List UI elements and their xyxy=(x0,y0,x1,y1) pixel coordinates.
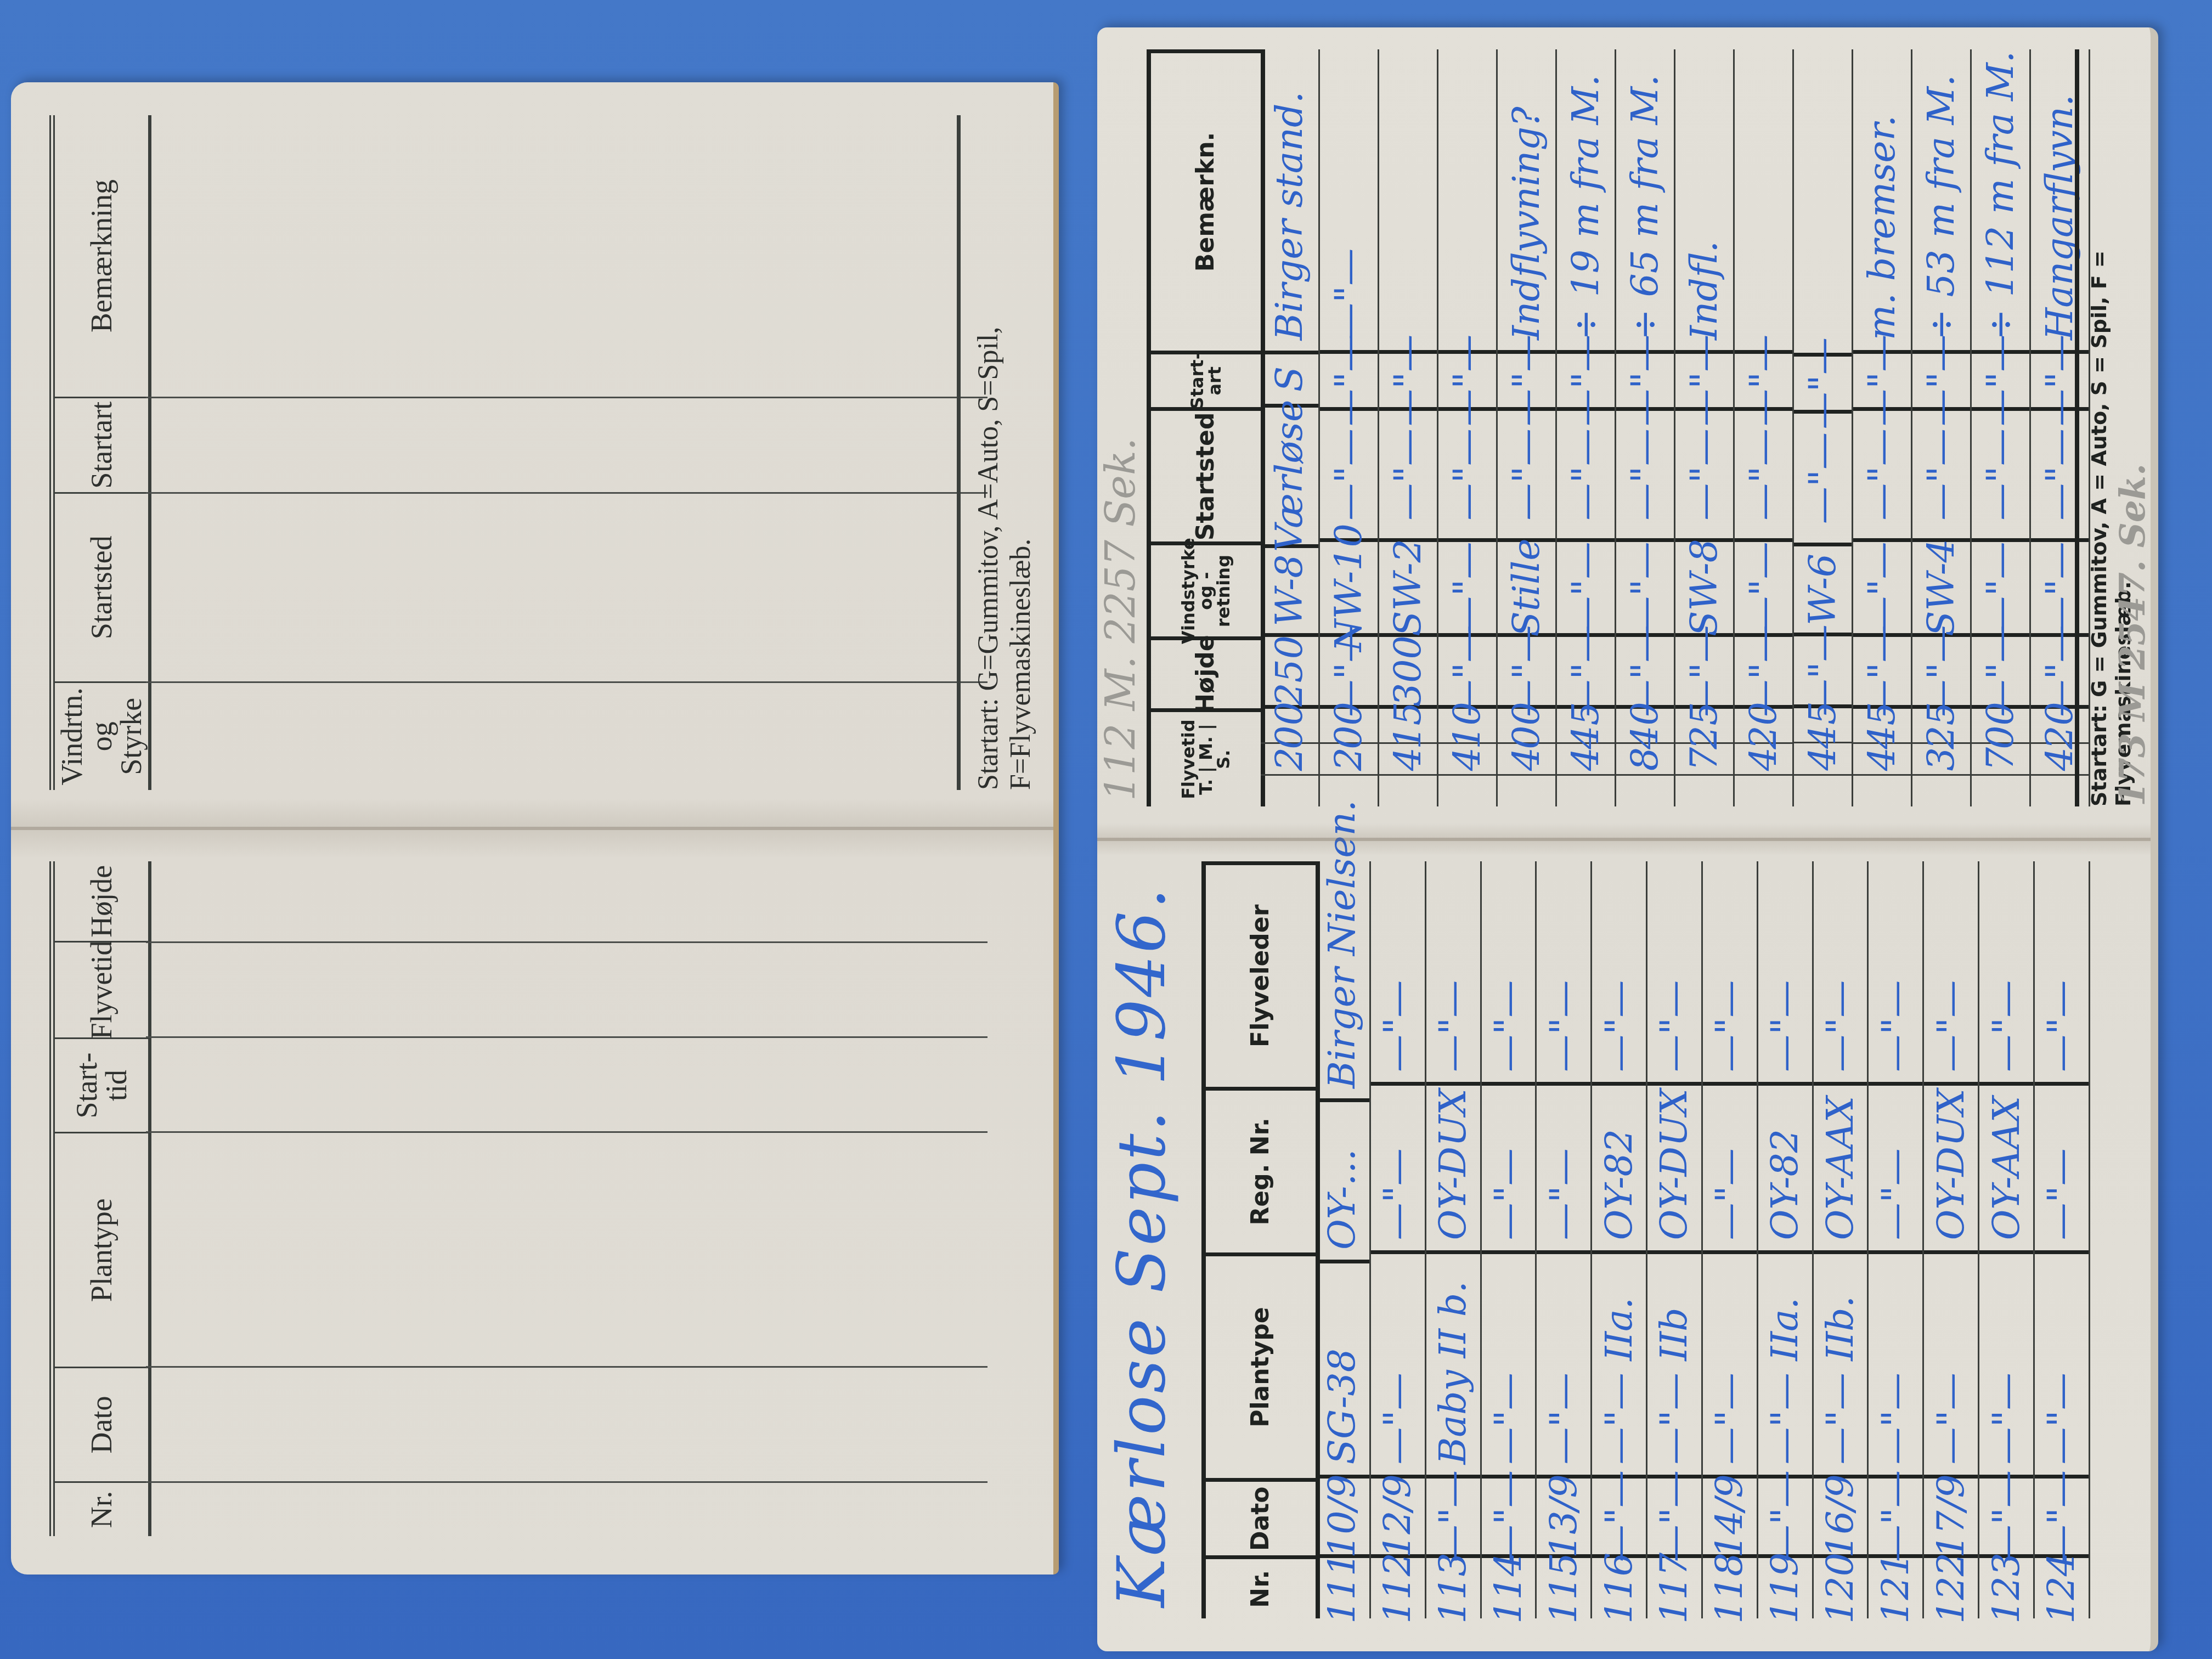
cell-flyveleder: Birger Nielsen. xyxy=(1316,861,1369,1098)
cell-plantype: —"— xyxy=(1924,1250,1978,1475)
column-hojde xyxy=(146,861,988,941)
cell-reg: OY-AAX xyxy=(1814,1082,1867,1250)
cell-plantype: —"— xyxy=(2035,1250,2089,1475)
table-row: 113—"—Baby II b.OY-DUX—"— xyxy=(1426,861,1482,1618)
header-flyvetid: Flyvetid xyxy=(55,941,148,1037)
cell-nr: 124 xyxy=(2035,1554,2089,1618)
cell-startsted: —"— xyxy=(2031,407,2089,539)
cell-bemaerkn: Birger stand. xyxy=(1261,49,1318,351)
cell-plantype: —"— xyxy=(1703,1250,1757,1475)
column-starttid xyxy=(146,1036,988,1131)
cell-t xyxy=(1320,774,1378,806)
cell-plantype: —"— xyxy=(1371,1250,1425,1475)
header-startart: Startart xyxy=(55,397,148,492)
cell-startart: —"— xyxy=(1438,350,1496,407)
table-row: 420—"——"——"——"—Hangarflyvn. xyxy=(2031,49,2090,806)
cell-startart: —"— xyxy=(1320,350,1378,407)
cell-bemaerkn xyxy=(1735,49,1792,350)
cell-t xyxy=(1261,774,1318,806)
flight-log-table-right: Flyvetid T. | M. | S. Højde Vindstyrke o… xyxy=(1147,49,2090,806)
header-plantype: Plantype xyxy=(1206,1252,1316,1478)
cell-nr: 117 xyxy=(1647,1554,1701,1618)
cell-bemaerkn: ÷ 112 m fra M. xyxy=(1972,49,2029,350)
cell-startart: —"— xyxy=(2031,350,2089,407)
cell-startsted: —"— xyxy=(1912,407,1970,539)
cell-t xyxy=(1675,774,1733,806)
left-logbook-spread: Nr. Dato Plantype Start- tid Flyvetid Hø… xyxy=(11,82,1059,1575)
cell-startart: —"— xyxy=(1794,353,1852,410)
startart-legend-text: Startart: G=Gummitov, A=Auto, S=Spil, F=… xyxy=(973,327,1036,790)
cell-vind: —"— xyxy=(1853,538,1911,633)
cell-hojde: —"— xyxy=(1794,633,1852,704)
cell-bemaerkn: Indflyvning? xyxy=(1498,49,1555,350)
upper-page-header: Vindrtn. og Styrke Startsted Startart Be… xyxy=(49,115,151,790)
cell-nr: 112 xyxy=(1371,1554,1425,1618)
column-dato xyxy=(146,1366,988,1481)
startart-legend: Startart: G = Gummitov, A = Auto, S = Sp… xyxy=(2087,49,2135,806)
cell-nr: 120 xyxy=(1814,1554,1867,1618)
cell-vind: Stille xyxy=(1498,538,1555,633)
cell-dato: 17/9 xyxy=(1924,1475,1978,1554)
cell-reg: OY-AAX xyxy=(1979,1082,2033,1250)
header-startsted: Startsted xyxy=(1151,408,1261,542)
cell-flyveleder: —"— xyxy=(2035,861,2089,1082)
table-row: 124—"——"——"——"— xyxy=(2035,861,2090,1618)
cell-startsted: —"— xyxy=(1320,407,1378,539)
cell-flyveleder: —"— xyxy=(1924,861,1978,1082)
table-row: 700—"——"——"——"—÷ 112 m fra M. xyxy=(1972,49,2031,806)
cell-flyveleder: —"— xyxy=(1537,861,1590,1082)
header-startart: Start- art xyxy=(1151,351,1261,408)
cell-t xyxy=(2031,774,2089,806)
cell-vind: —"— xyxy=(1438,538,1496,633)
cell-reg: OY-82 xyxy=(1758,1082,1812,1250)
cell-bemaerkn: —"— xyxy=(1320,49,1378,350)
log-rows-right: 200250W-8VærløseSBirger stand.200—"—NW-1… xyxy=(1261,49,2090,806)
cell-hojde: —"— xyxy=(1972,633,2029,705)
cell-plantype: Baby II b. xyxy=(1426,1250,1480,1475)
cell-dato: —"— xyxy=(2035,1475,2089,1554)
lower-page-header: Nr. Dato Plantype Start- tid Flyvetid Hø… xyxy=(49,861,151,1536)
flight-log-table-left: Nr. Dato Plantype Reg. Nr. Flyveleder 11… xyxy=(1201,861,2090,1618)
cell-nr: 121 xyxy=(1869,1554,1922,1618)
pencil-note-top: 112 M. 2257 Sek. xyxy=(1097,438,1144,801)
cell-dato: —"— xyxy=(1482,1475,1536,1554)
cell-dato: —"— xyxy=(1758,1475,1812,1554)
cell-plantype: —"— xyxy=(1869,1250,1922,1475)
handwritten-title: Kærlose Sept. 1946. xyxy=(1104,886,1180,1607)
cell-bemaerkn: ÷ 53 m fra M. xyxy=(1912,49,1970,350)
header-flyveleder: Flyveleder xyxy=(1206,861,1316,1087)
cell-flyveleder: —"— xyxy=(1482,861,1536,1082)
table-row: 325—"—SW-4—"——"—÷ 53 m fra M. xyxy=(1912,49,1972,806)
footer-rule xyxy=(2075,49,2079,806)
header-startsted: Startsted xyxy=(55,492,148,681)
cell-plantype: —"— IIa. xyxy=(1758,1250,1812,1475)
cell-startsted: —"— xyxy=(1616,407,1674,539)
cell-vind: NW-10 xyxy=(1320,538,1378,633)
column-flyvetid xyxy=(146,941,988,1036)
pencil-note-bottom: 173 M 2547. Sek. xyxy=(2112,464,2153,806)
startart-legend: Startart: G=Gummitov, A=Auto, S=Spil, F=… xyxy=(972,115,1037,790)
cell-startsted: —"— xyxy=(1794,410,1852,543)
header-starttid: Start- tid xyxy=(55,1037,148,1132)
cell-t xyxy=(1557,774,1615,806)
right-book-lower-page: Kærlose Sept. 1946. Nr. Dato Plantype Re… xyxy=(1097,839,2151,1651)
cell-startsted: —"— xyxy=(1438,407,1496,539)
cell-reg: OY-… xyxy=(1316,1098,1369,1260)
header-dato: Dato xyxy=(55,1367,148,1481)
cell-bemaerkn xyxy=(1794,49,1852,353)
column-plantype xyxy=(146,1131,988,1366)
cell-startsted: —"— xyxy=(1379,407,1437,539)
table-row: 410—"——"——"——"— xyxy=(1438,49,1498,806)
cell-plantype: —"— xyxy=(1537,1250,1590,1475)
cell-flyveleder: —"— xyxy=(1758,861,1812,1082)
cell-nr: 122 xyxy=(1924,1554,1978,1618)
table-row: 12217/9—"—OY-DUX—"— xyxy=(1924,861,1979,1618)
cell-plantype: —"— IIb. xyxy=(1814,1250,1867,1475)
blank-log-grid: Nr. Dato Plantype Start- tid Flyvetid Hø… xyxy=(49,861,988,1536)
cell-t xyxy=(1735,774,1792,806)
table-row: 119—"——"— IIa.OY-82—"— xyxy=(1758,861,1814,1618)
cell-vind: —"— xyxy=(1557,538,1615,633)
cell-dato: 14/9 xyxy=(1703,1475,1757,1554)
cell-vind: —"— xyxy=(1972,538,2029,633)
cell-startart: —"— xyxy=(1557,350,1615,407)
cell-dato: —"— xyxy=(1426,1475,1480,1554)
blank-rows xyxy=(146,115,988,790)
cell-startart: —"— xyxy=(1379,350,1437,407)
cell-startsted: —"— xyxy=(1557,407,1615,539)
header-bemaerkning: Bemærkning xyxy=(55,115,148,397)
table-row: 445—"—W-6—"——"— xyxy=(1794,49,1853,806)
cell-reg: —"— xyxy=(1869,1082,1922,1250)
header-nr: Nr. xyxy=(1206,1555,1316,1618)
cell-hojde: —"— xyxy=(1616,633,1674,705)
cell-startsted: —"— xyxy=(1735,407,1792,539)
header-nr: Nr. xyxy=(55,1481,148,1536)
cell-s: 00 xyxy=(1261,705,1318,742)
table-row: 415300SW-2—"——"— xyxy=(1379,49,1438,806)
cell-dato: —"— xyxy=(1979,1475,2033,1554)
cell-nr: 123 xyxy=(1979,1554,2033,1618)
cell-t xyxy=(1616,774,1674,806)
table-row: 200250W-8VærløseSBirger stand. xyxy=(1261,49,1320,806)
cell-t xyxy=(1438,774,1496,806)
cell-t xyxy=(1379,774,1437,806)
blank-rows xyxy=(146,861,988,1536)
table-row: 123—"——"—OY-AAX—"— xyxy=(1979,861,2035,1618)
cell-flyveleder: —"— xyxy=(1979,861,2033,1082)
header-vindstyrke: Vindstyrke og -retning xyxy=(1151,541,1261,636)
cell-hojde: 300 xyxy=(1379,633,1437,705)
cell-t xyxy=(1498,774,1555,806)
table-row: 445—"——"——"——"—÷ 19 m fra M. xyxy=(1557,49,1616,806)
header-bemaerkn: Bemærkn. xyxy=(1151,49,1261,351)
cell-flyveleder: —"— xyxy=(1592,861,1646,1082)
table-row: 11814/9—"——"——"— xyxy=(1703,861,1758,1618)
column-startsted xyxy=(146,492,988,681)
cell-hojde: —"— xyxy=(1438,633,1496,705)
cell-plantype: —"— xyxy=(1979,1250,2033,1475)
cell-startart: —"— xyxy=(1735,350,1792,407)
left-book-upper-page: Vindrtn. og Styrke Startsted Startart Be… xyxy=(11,82,1053,828)
cell-s: 15 xyxy=(1379,705,1437,742)
column-startart xyxy=(146,397,988,492)
cell-flyveleder: —"— xyxy=(1869,861,1922,1082)
cell-dato: 13/9 xyxy=(1537,1475,1590,1554)
cell-dato: —"— xyxy=(1647,1475,1701,1554)
table-row: 445—"——"——"——"—m. bremser. xyxy=(1853,49,1912,806)
table-row: 121—"——"——"——"— xyxy=(1869,861,1924,1618)
right-logbook-spread: Kærlose Sept. 1946. Nr. Dato Plantype Re… xyxy=(1097,27,2158,1651)
cell-startart: —"— xyxy=(1853,350,1911,407)
cell-startsted: —"— xyxy=(1675,407,1733,539)
cell-reg: —"— xyxy=(2035,1082,2089,1250)
cell-nr: 119 xyxy=(1758,1554,1812,1618)
cell-hojde: —"— xyxy=(2031,633,2089,705)
cell-flyveleder: —"— xyxy=(1814,861,1867,1082)
header-vindretning: Vindrtn. og Styrke xyxy=(55,681,148,790)
header-flyvetid: Flyvetid T. | M. | S. xyxy=(1151,708,1261,806)
log-header-right: Flyvetid T. | M. | S. Højde Vindstyrke o… xyxy=(1147,49,1265,806)
cell-reg: OY-82 xyxy=(1592,1082,1646,1250)
header-reg-nr: Reg. Nr. xyxy=(1206,1087,1316,1253)
table-row: 840—"——"——"——"—÷ 65 m fra M. xyxy=(1616,49,1675,806)
cell-t xyxy=(1853,774,1911,806)
cell-t xyxy=(1794,774,1852,806)
cell-dato: —"— xyxy=(1592,1475,1646,1554)
cell-startart: —"— xyxy=(1912,350,1970,407)
table-row: 400—"—Stille—"——"—Indflyvning? xyxy=(1498,49,1557,806)
cell-plantype: —"— xyxy=(1482,1250,1536,1475)
cell-bemaerkn: m. bremser. xyxy=(1853,49,1911,350)
cell-hojde: 250 xyxy=(1261,633,1318,705)
cell-vind: SW-8 xyxy=(1675,538,1733,633)
cell-startsted: —"— xyxy=(1853,407,1911,539)
table-row: 11212/9—"——"——"— xyxy=(1371,861,1426,1618)
cell-vind: —"— xyxy=(1616,538,1674,633)
cell-t xyxy=(1972,774,2029,806)
cell-startart: —"— xyxy=(1675,350,1733,407)
cell-reg: —"— xyxy=(1703,1082,1757,1250)
table-row: 420—"——"——"——"— xyxy=(1735,49,1794,806)
table-row: 200—"—NW-10—"——"——"— xyxy=(1320,49,1379,806)
cell-bemaerkn: ÷ 65 m fra M. xyxy=(1616,49,1674,350)
cell-nr: 115 xyxy=(1537,1554,1590,1618)
log-header-left: Nr. Dato Plantype Reg. Nr. Flyveleder xyxy=(1201,861,1320,1618)
cell-bemaerkn xyxy=(1438,49,1496,350)
cell-vind: W-8 xyxy=(1261,544,1318,633)
blank-log-grid: Vindrtn. og Styrke Startsted Startart Be… xyxy=(49,115,988,790)
cell-flyveleder: —"— xyxy=(1426,861,1480,1082)
column-vindretning xyxy=(146,681,988,790)
header-plantype: Plantype xyxy=(55,1132,148,1366)
header-hojde: Højde xyxy=(55,861,148,941)
footer-rule xyxy=(957,115,961,790)
table-row: 117—"——"— IIbOY-DUX—"— xyxy=(1647,861,1703,1618)
cell-reg: OY-DUX xyxy=(1426,1082,1480,1250)
cell-flyveleder: —"— xyxy=(1647,861,1701,1082)
cell-reg: OY-DUX xyxy=(1924,1082,1978,1250)
cell-vind: SW-4 xyxy=(1912,538,1970,633)
cell-flyveleder: —"— xyxy=(1703,861,1757,1082)
table-row: 114—"——"——"——"— xyxy=(1482,861,1537,1618)
table-row: 12016/9—"— IIb.OY-AAX—"— xyxy=(1814,861,1869,1618)
header-hojde: Højde xyxy=(1151,636,1261,708)
log-rows-left: 11110/9SG-38OY-…Birger Nielsen.11212/9—"… xyxy=(1316,861,2090,1618)
cell-startsted: Værløse xyxy=(1261,404,1318,544)
cell-vind: SW-2 xyxy=(1379,538,1437,633)
table-row: 116—"——"— IIa.OY-82—"— xyxy=(1592,861,1647,1618)
cell-bemaerkn: ÷ 19 m fra M. xyxy=(1557,49,1615,350)
cell-dato: 12/9 xyxy=(1371,1475,1425,1554)
cell-dato: 10/9 xyxy=(1316,1475,1369,1554)
cell-bemaerkn xyxy=(1379,49,1437,350)
cell-reg: —"— xyxy=(1482,1082,1536,1250)
cell-startart: —"— xyxy=(1616,350,1674,407)
left-book-lower-page: Nr. Dato Plantype Start- tid Flyvetid Hø… xyxy=(11,828,1053,1575)
cell-nr: 111 xyxy=(1316,1554,1369,1618)
cell-startart: S xyxy=(1261,351,1318,404)
cell-vind: —"— xyxy=(2031,538,2089,633)
cell-dato: —"— xyxy=(1869,1475,1922,1554)
cell-plantype: —"— IIb xyxy=(1647,1250,1701,1475)
cell-bemaerkn: Hangarflyvn. xyxy=(2031,49,2089,350)
right-book-upper-page: 112 M. 2257 Sek. Flyvetid T. | M. | S. H… xyxy=(1097,27,2151,839)
column-bemaerkning xyxy=(146,115,988,397)
header-dato: Dato xyxy=(1206,1478,1316,1556)
cell-startsted: —"— xyxy=(1972,407,2029,539)
cell-hojde: —"— xyxy=(1675,633,1733,705)
cell-plantype: —"— IIa. xyxy=(1592,1250,1646,1475)
cell-vind: —"— xyxy=(1735,538,1792,633)
cell-startart: —"— xyxy=(1972,350,2029,407)
cell-nr: 114 xyxy=(1482,1554,1536,1618)
cell-vind: W-6 xyxy=(1794,543,1852,633)
cell-nr: 113 xyxy=(1426,1554,1480,1618)
column-nr xyxy=(146,1481,988,1536)
table-row: 11513/9—"——"——"— xyxy=(1537,861,1592,1618)
cell-hojde: —"— xyxy=(1912,633,1970,705)
cell-hojde: —"— xyxy=(1557,633,1615,705)
cell-nr: 118 xyxy=(1703,1554,1757,1618)
cell-flyveleder: —"— xyxy=(1371,861,1425,1082)
cell-hojde: —"— xyxy=(1735,633,1792,705)
cell-reg: —"— xyxy=(1371,1082,1425,1250)
cell-bemaerkn: Indfl. xyxy=(1675,49,1733,350)
cell-reg: —"— xyxy=(1537,1082,1590,1250)
cell-startart: —"— xyxy=(1498,350,1555,407)
cell-startsted: —"— xyxy=(1498,407,1555,539)
cell-t xyxy=(1912,774,1970,806)
cell-plantype: SG-38 xyxy=(1316,1260,1369,1475)
cell-dato: 16/9 xyxy=(1814,1475,1867,1554)
cell-reg: OY-DUX xyxy=(1647,1082,1701,1250)
cell-nr: 116 xyxy=(1592,1554,1646,1618)
table-row: 725—"—SW-8—"——"—Indfl. xyxy=(1675,49,1735,806)
cell-hojde: —"— xyxy=(1853,633,1911,705)
cell-hojde: —"— xyxy=(1498,633,1555,705)
table-row: 11110/9SG-38OY-…Birger Nielsen. xyxy=(1316,861,1371,1618)
